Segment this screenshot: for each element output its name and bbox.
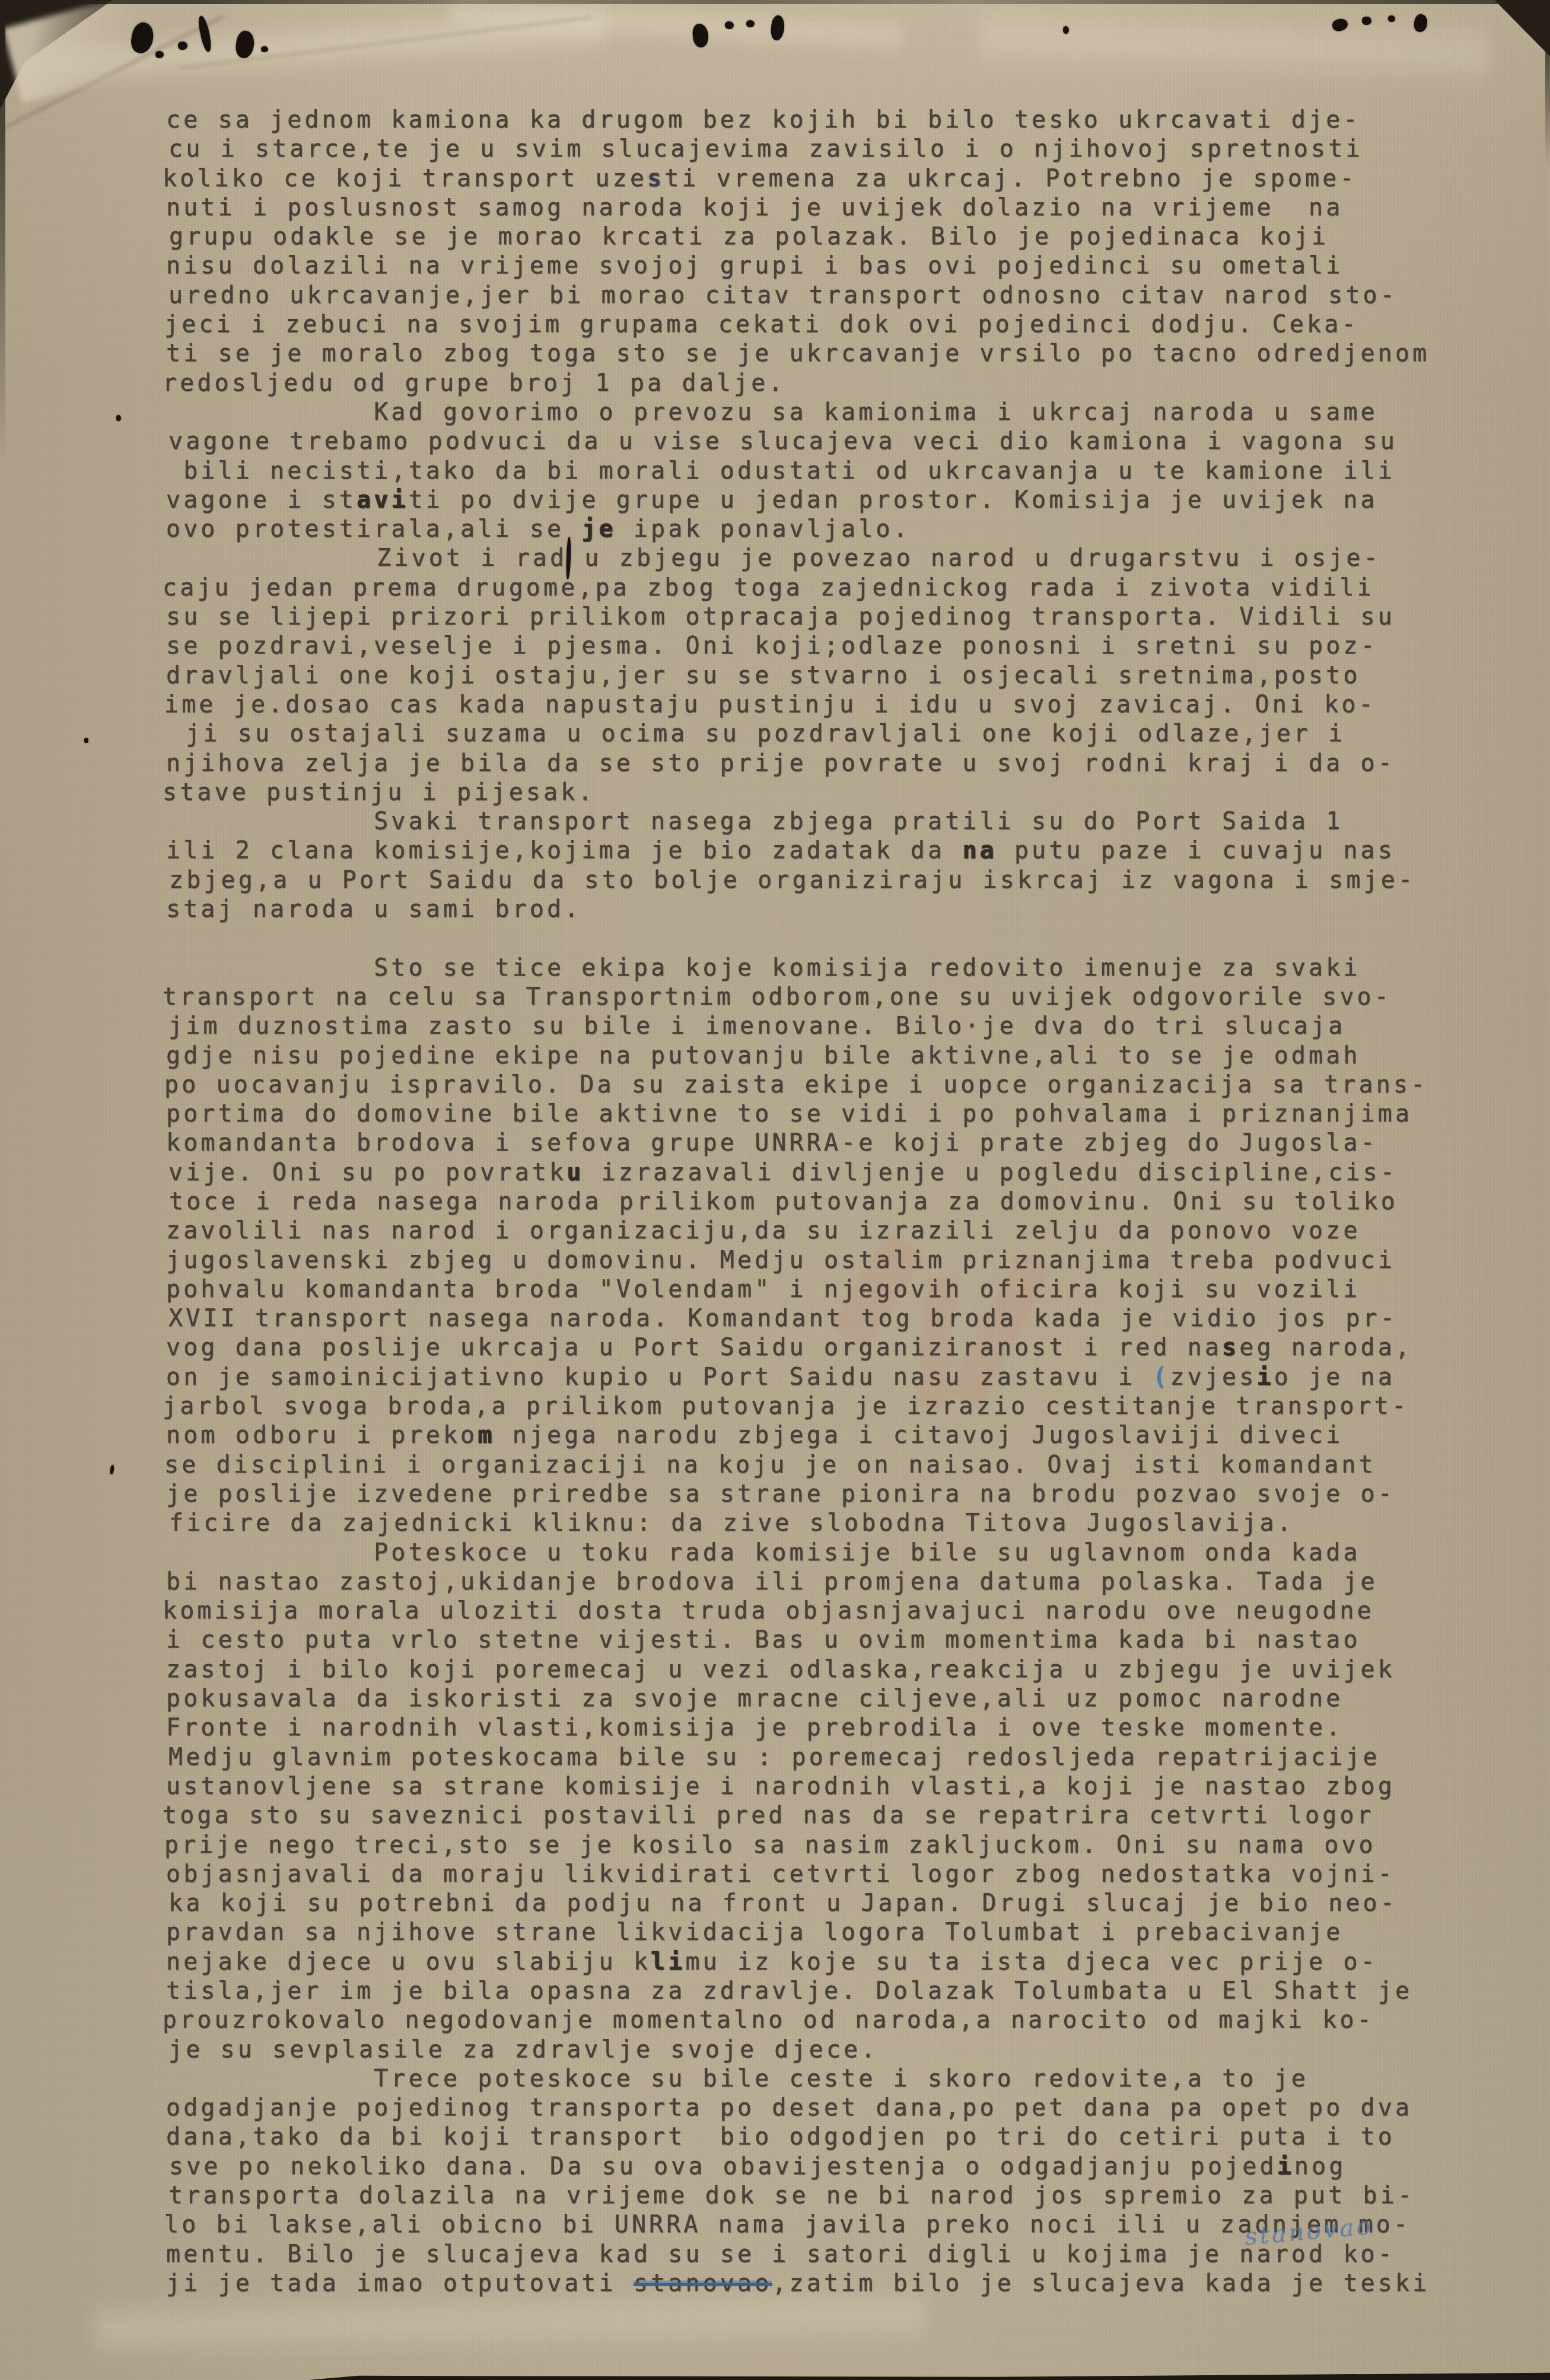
typewritten-line: odgadjanje pojedinog transporta po deset… [166, 2094, 1430, 2123]
typewritten-text: vije. Oni su po povratk [168, 1159, 566, 1186]
ink-blob [261, 46, 268, 52]
typewritten-text: njega narodu zbjega i citavoj Jugoslavij… [495, 1422, 1343, 1449]
paper-crumple-highlight [978, 1, 1490, 90]
typewritten-line: Fronte i narodnih vlasti,komisija je pre… [166, 1713, 1430, 1742]
typewritten-line: uredno ukrcavanje,jer bi morao citav tra… [168, 281, 1432, 310]
page-edge [0, 0, 5, 463]
typewritten-line: ka koji su potrebni da podju na front u … [168, 1889, 1432, 1918]
typewritten-text: vagone i st [166, 486, 357, 514]
typewritten-line: ovo protestirala,ali se je ipak ponavlja… [166, 515, 1430, 544]
typewritten-line: transporta dolazila na vrijeme dok se ne… [168, 2181, 1432, 2210]
typewritten-line: Trece poteskoce su bile ceste i skoro re… [166, 2064, 1430, 2094]
typewritten-text: ipak ponavljalo. [616, 515, 911, 543]
page-edge [0, 0, 1550, 4]
overstruck-text: i [1277, 2153, 1294, 2180]
typewritten-line: sve po nekoliko dana. Da su ova obavijes… [169, 2152, 1433, 2181]
typewritten-text: eg naroda, [1239, 1334, 1412, 1361]
typewritten-line: caju jedan prema drugome,pa zbog toga za… [163, 574, 1426, 603]
typewritten-line: XVII transport nasega naroda. Komandant … [168, 1304, 1432, 1333]
typewritten-line: koliko ce koji transport uzesti vremena … [163, 164, 1426, 193]
typewritten-line: se pozdravi,veselje i pjesma. Oni koji;o… [166, 632, 1430, 661]
typewritten-line: cu i starce,te je u svim slucajevima zav… [168, 135, 1432, 164]
typewritten-text: o je na [1274, 1363, 1395, 1391]
typewritten-line: Medju glavnim poteskocama bile su : pore… [168, 1743, 1432, 1772]
blue-corrected-char: s [647, 165, 664, 192]
ink-blob [234, 30, 256, 59]
typewritten-line: ce sa jednom kamiona ka drugom bez kojih… [166, 106, 1430, 135]
typewritten-text: zvjes [1170, 1363, 1257, 1391]
typewritten-line: toce i reda nasega naroda prilikom putov… [169, 1187, 1433, 1216]
ink-blob [692, 23, 709, 48]
typewritten-line: dravljali one koji ostaju,jer su se stva… [166, 661, 1430, 690]
typewritten-line: ji je tada imao otputovati stanovao,zati… [166, 2269, 1430, 2298]
typewritten-line: Poteskoce u toku rada komisije bile su u… [166, 1538, 1430, 1567]
typewritten-text: ti vremena za ukrcaj. Potrebno je spome- [664, 165, 1357, 192]
ink-blob [110, 1465, 114, 1475]
typewritten-line: Svaki transport nasega zbjega pratili su… [166, 807, 1430, 836]
typewritten-line: zavolili nas narod i organizaciju,da su … [166, 1216, 1430, 1245]
typewritten-line: njihova zelja je bila da se sto prije po… [166, 749, 1430, 778]
typewritten-line: prije nego treci,sto se je kosilo sa nas… [164, 1831, 1428, 1860]
typewritten-line: toga sto su saveznici postavili pred nas… [163, 1801, 1426, 1830]
typewritten-line: ustanovljene sa strane komisije i narodn… [166, 1772, 1430, 1801]
typewritten-line: Zivot i rad u zbjegu je povezao narod u … [169, 544, 1433, 573]
typewritten-line: je su sevplasile za zdravlje svoje djece… [168, 2035, 1432, 2064]
typewritten-line: transport na celu sa Transportnim odboro… [163, 983, 1426, 1012]
typewritten-line: redosljedu od grupe broj 1 pa dalje. [163, 369, 1426, 398]
typewritten-text: ,zatim bilo je slucajeva kada je teski [772, 2270, 1430, 2297]
typewritten-text: izrazavali divljenje u pogledu disciplin… [584, 1159, 1398, 1186]
typewritten-line: dana,tako da bi koji transport bio odgod… [166, 2123, 1430, 2152]
typewritten-text: ovo protestirala,ali se [166, 515, 581, 543]
typewritten-line: bili necisti,tako da bi morali odustati … [166, 457, 1430, 486]
ink-blob [746, 20, 755, 27]
typewritten-text: nejake djece u ovu slabiju k [166, 1948, 651, 1976]
ink-blob [178, 42, 187, 50]
typewritten-line: jeci i zebuci na svojim grupama cekati d… [164, 310, 1428, 339]
text-block: ce sa jednom kamiona ka drugom bez kojih… [166, 106, 1430, 2298]
typewritten-line: objasnjavali da moraju likvidirati cetvr… [166, 1860, 1430, 1889]
typewritten-line: nom odboru i prekom njega narodu zbjega … [166, 1421, 1430, 1450]
typewritten-text: ti po dvije grupe u jedan prostor. Komis… [409, 486, 1378, 514]
typewritten-line: nisu dolazili na vrijeme svojoj grupi i … [166, 251, 1430, 281]
typewritten-text: putu paze i cuvaju nas [997, 837, 1395, 864]
ink-blob [1331, 17, 1349, 33]
typewritten-line: nuti i poslusnost samog naroda koji je u… [166, 193, 1430, 222]
typewritten-line [166, 924, 1430, 953]
overstruck-text: avi [357, 486, 409, 514]
typewritten-line: komisija morala uloziti dosta truda obja… [163, 1597, 1426, 1626]
typewritten-line: ji su ostajali suzama u ocima su pozdrav… [168, 719, 1432, 748]
typewritten-line: zbjeg,a u Port Saidu da sto bolje organi… [169, 866, 1433, 895]
ink-blob [116, 415, 121, 421]
overstruck-text: i [1257, 1363, 1274, 1391]
typewritten-line: se disciplini i organizaciji na koju je … [164, 1451, 1428, 1480]
overstruck-text: na [962, 837, 997, 864]
overstruck-text: m [478, 1422, 495, 1449]
typewritten-text: mu iz koje su ta ista djeca vec prije o- [685, 1948, 1377, 1976]
typewritten-line: Sto se tice ekipa koje komisija redovito… [166, 954, 1430, 983]
typewritten-line: ili 2 clana komisije,kojima je bio zadat… [166, 836, 1430, 865]
ink-blob [725, 21, 734, 29]
corner-shadow [1473, 0, 1550, 56]
page-edge [1545, 0, 1550, 166]
ink-blob [1413, 13, 1429, 33]
overstruck-text: u [566, 1159, 584, 1186]
typewritten-line: tisla,jer im je bila opasna za zdravlje.… [166, 1977, 1430, 2006]
typewritten-line: pravdan sa njihove strane likvidacija lo… [166, 1918, 1430, 1947]
typewritten-text: koliko ce koji transport uze [163, 165, 647, 192]
typewritten-line: ti se je moralo zbog toga sto se je ukrc… [166, 339, 1430, 368]
typewritten-text: ji je tada imao otputovati [166, 2270, 634, 2297]
typewritten-line: stave pustinju i pijesak. [163, 778, 1426, 807]
typewritten-line: lo bi lakse,ali obicno bi UNRRA nama jav… [164, 2210, 1428, 2239]
page-edge [308, 2372, 1550, 2380]
ink-blob [84, 738, 88, 743]
typewritten-line: zastoj i bilo koji poremecaj u vezi odla… [166, 1655, 1430, 1684]
document-scan: ce sa jednom kamiona ka drugom bez kojih… [0, 0, 1550, 2380]
paper-crumple-highlight [450, 0, 903, 57]
ink-blob [155, 51, 164, 58]
ink-blob [1388, 15, 1395, 22]
typewritten-line: jugoslavenski zbjeg u domovinu. Medju os… [166, 1246, 1430, 1275]
typewritten-line: ime je.dosao cas kada napustaju pustinju… [164, 690, 1428, 719]
typewritten-line: mentu. Bilo je slucajeva kad su se i sat… [166, 2240, 1430, 2269]
typewritten-line: vagone i staviti po dvije grupe u jedan … [166, 486, 1430, 515]
typewritten-text: ili 2 clana komisije,kojima je bio zadat… [166, 837, 962, 864]
typewritten-line: vog dana poslije ukrcaja u Port Saidu or… [166, 1333, 1430, 1362]
typewritten-line: staj naroda u sami brod. [166, 895, 1430, 924]
ink-blob [197, 15, 214, 53]
typewritten-line: jarbol svoga broda,a prilikom putovanja … [163, 1392, 1426, 1421]
typewritten-line: pohvalu komandanta broda "Volendam" i nj… [166, 1275, 1430, 1304]
typewritten-line: pokusavala da iskoristi za svoje mracne … [166, 1684, 1430, 1713]
overstruck-text: li [651, 1948, 685, 1976]
typewritten-line: portima do domovine bile aktivne to se v… [166, 1100, 1430, 1129]
typewritten-line: jim duznostima zasto su bile i imenovane… [168, 1012, 1432, 1041]
overstruck-text: s [1222, 1334, 1239, 1361]
ink-blob [770, 15, 785, 41]
typewritten-line: prouzrokovalo negodovanje momentalno od … [163, 2006, 1426, 2035]
typewritten-text: nog [1294, 2153, 1347, 2180]
typewritten-line: nejake djece u ovu slabiju klimu iz koje… [166, 1948, 1430, 1977]
typewritten-line: ficire da zajednicki kliknu: da zive slo… [169, 1509, 1433, 1538]
typewritten-text: nom odboru i preko [166, 1422, 478, 1449]
typewritten-line: on je samoinicijativno kupio u Port Said… [166, 1363, 1430, 1392]
typewritten-line: je poslije izvedene priredbe sa strane p… [166, 1480, 1430, 1509]
typewritten-text: vog dana poslije ukrcaja u Port Saidu or… [166, 1334, 1222, 1361]
typewritten-line: i cesto puta vrlo stetne vijesti. Bas u … [166, 1626, 1430, 1655]
typewritten-text: on je samoinicijativno kupio u Port Said… [166, 1363, 1153, 1391]
blue-insertion-mark: ( [1153, 1363, 1170, 1391]
ink-blob [1063, 26, 1069, 34]
typewritten-line: grupu odakle se je morao krcati za polaz… [169, 222, 1433, 251]
typewritten-line: su se lijepi prizori prilikom otpracaja … [166, 603, 1430, 632]
typewritten-line: po uocavanju ispravilo. Da su zaista eki… [164, 1070, 1428, 1100]
ink-blob [1362, 17, 1371, 25]
typewritten-text: sve po nekoliko dana. Da su ova obavijes… [169, 2153, 1277, 2180]
typewritten-line: Kad govorimo o prevozu sa kamionima i uk… [166, 398, 1430, 427]
typewritten-line: gdje nisu pojedine ekipe na putovanju bi… [166, 1041, 1430, 1070]
typewritten-line: vije. Oni su po povratku izrazavali divl… [168, 1158, 1432, 1187]
struck-word: stanovao [634, 2270, 772, 2297]
typewritten-line: vagone trebamo podvuci da u vise slucaje… [168, 427, 1432, 456]
typewritten-line: komandanta brodova i sefova grupe UNRRA-… [166, 1129, 1430, 1158]
typewritten-line: bi nastao zastoj,ukidanje brodova ili pr… [166, 1567, 1430, 1597]
overstruck-text: je [581, 515, 616, 543]
